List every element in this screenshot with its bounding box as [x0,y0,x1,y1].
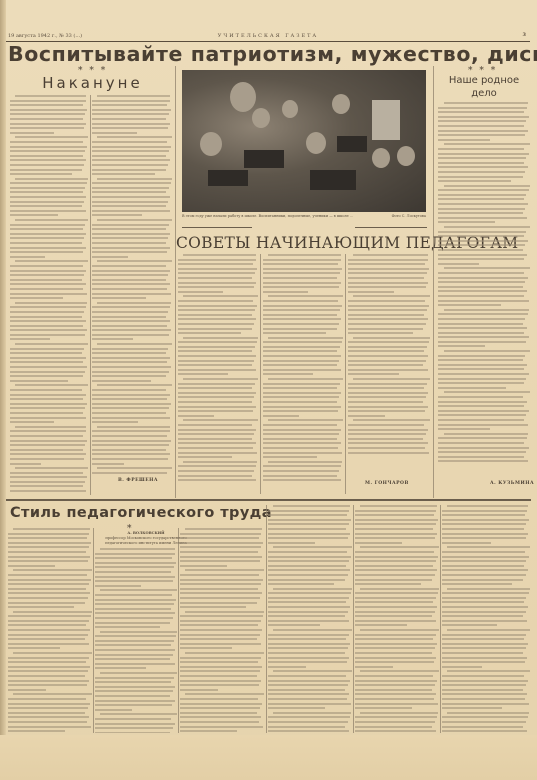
sovety-col-3 [348,254,430,454]
stil-col-4 [268,505,352,733]
right-article-signature: А. КУЗЬМИНА [490,481,534,486]
masthead: 19 августа 1942 г., № 33 (...) УЧИТЕЛЬСК… [6,31,530,42]
newspaper-page: 19 августа 1942 г., № 33 (...) УЧИТЕЛЬСК… [0,0,537,780]
stil-col-3 [180,528,264,733]
column-rule [178,528,179,733]
stil-col-6 [442,505,530,733]
column-rule [353,505,354,733]
column-rule [175,66,176,498]
stil-col-1 [8,528,92,733]
left-article-signature: В. ФРЕШЕНА [118,478,158,483]
sovety-title: СОВЕТЫ НАЧИНАЮЩИМ ПЕДАГОГАМ [176,234,434,252]
column-rule [433,66,434,498]
left-article-col-2 [92,95,172,475]
column-rule [93,528,94,733]
photo-teacher-with-children [182,70,426,212]
photo-credit: Фото С. Лоскутова [392,214,426,219]
paper-name: УЧИТЕЛЬСКАЯ ГАЗЕТА [6,33,530,39]
left-article-col-1 [10,95,88,495]
section-divider [6,499,531,501]
divider [182,227,252,228]
column-rule [266,505,267,733]
photo-caption: В этом году уже начали работу в школе. В… [182,214,426,219]
column-rule [260,254,261,494]
page-binding-edge [0,0,6,780]
stil-col-5 [355,505,439,733]
right-article-title: Наше родное дело [436,74,532,100]
stil-col-2 [95,548,177,733]
column-rule [440,505,441,733]
main-headline: Воспитывайте патриотизм, мужество, дисци… [8,42,530,66]
right-article-col [438,102,530,462]
bottom-margin [0,735,537,780]
sovety-col-1 [178,254,258,484]
sovety-signature: М. ГОНЧАРОВ [365,481,409,486]
page-number: 3 [523,32,526,38]
left-article-title: Накануне [10,74,175,92]
stil-title: Стиль педагогического труда [10,505,270,521]
column-rule [90,95,91,495]
sovety-col-2 [263,254,343,484]
column-rule [345,254,346,494]
divider [355,227,427,228]
